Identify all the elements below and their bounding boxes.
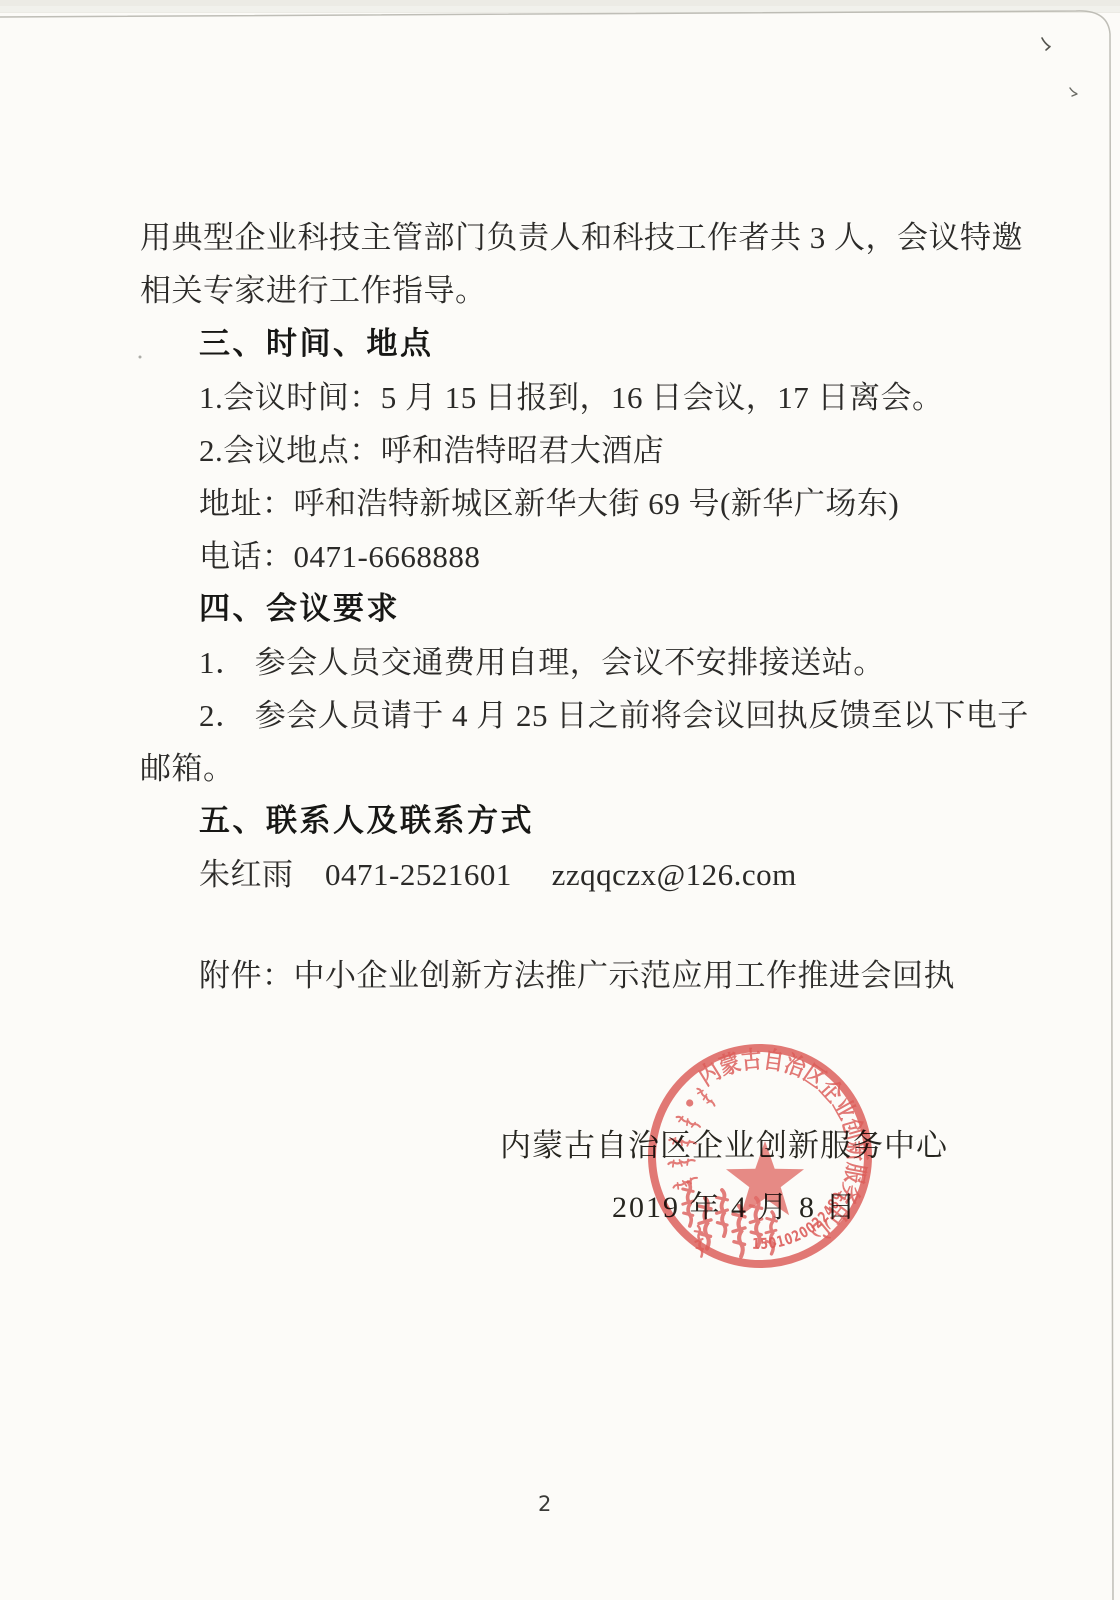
signature-organization: 内蒙古自治区企业创新服务中心 [500, 1120, 948, 1165]
body-para1-line1: 用典型企业科技主管部门负责人和科技工作者共 3 人，会议特邀 [140, 212, 1023, 257]
attachment-line: 附件：中小企业创新方法推广示范应用工作推进会回执 [199, 950, 955, 995]
requirement-item-1: 1． 参会人员交通费用自理，会议不安排接送站。 [199, 637, 885, 682]
page-number: 2 [538, 1492, 551, 1516]
meeting-place-item: 2.会议地点：呼和浩特昭君大酒店 [199, 425, 664, 470]
hotel-phone-line: 电话：0471-6668888 [199, 531, 480, 576]
contact-person-line: 朱红雨 0471-2521601 zzqqczx@126.com [199, 849, 797, 894]
signature-date: 2019 年 4 月 8 日 [612, 1182, 858, 1226]
document-text-layer: 用典型企业科技主管部门负责人和科技工作者共 3 人，会议特邀 相关专家进行工作指… [0, 0, 1120, 1600]
hotel-address-line: 地址：呼和浩特新城区新华大街 69 号(新华广场东) [199, 478, 899, 523]
requirement-item-2-line1: 2． 参会人员请于 4 月 25 日之前将会议回执反馈至以下电子 [199, 690, 1029, 735]
requirement-item-2-line2: 邮箱。 [140, 743, 235, 788]
meeting-time-item: 1.会议时间：5 月 15 日报到，16 日会议，17 日离会。 [199, 372, 944, 417]
scanned-document-page: 用典型企业科技主管部门负责人和科技工作者共 3 人，会议特邀 相关专家进行工作指… [0, 0, 1120, 1600]
section-heading-3: 三、时间、地点 [199, 318, 434, 363]
section-heading-5: 五、联系人及联系方式 [199, 795, 534, 840]
section-heading-4: 四、会议要求 [199, 583, 400, 628]
body-para1-line2: 相关专家进行工作指导。 [140, 265, 487, 310]
